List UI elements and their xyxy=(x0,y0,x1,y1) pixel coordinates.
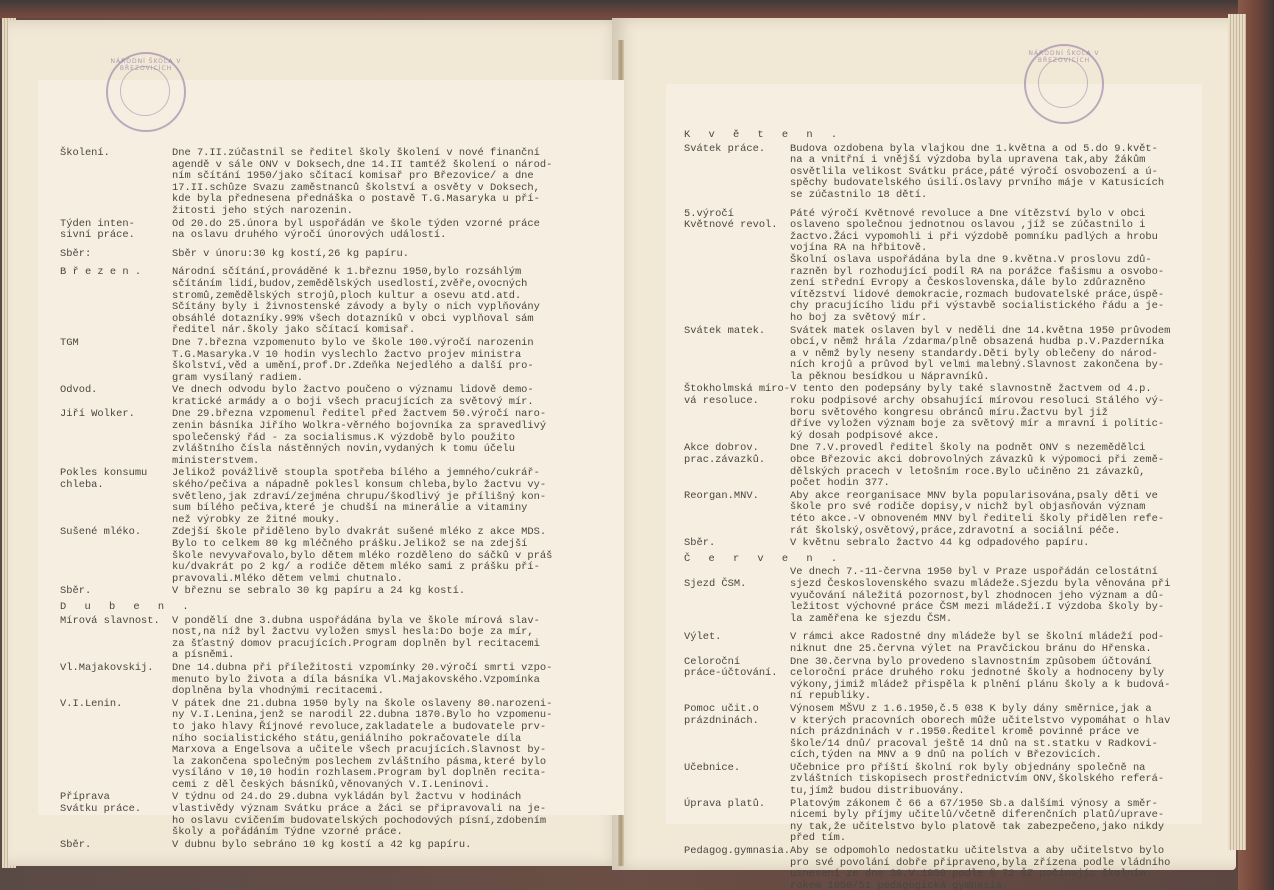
entry-tgm: TGMDne 7.března vzpomenuto bylo ve škole… xyxy=(60,338,620,384)
entry-mirova-slavnost: Mírová slavnost.V pondělí dne 3.dubna us… xyxy=(60,616,620,662)
entry-label: Sjezd ČSM. xyxy=(684,567,790,625)
entry-svatek-prace: Svátek práce.Budova ozdobena byla vlajko… xyxy=(684,144,1214,202)
entry-label: Vl.Majakovskij. xyxy=(60,663,172,698)
entry-vyroci-kvetnove-revoluce: 5.výročí Květnové revol.Páté výročí Květ… xyxy=(684,209,1214,325)
entry-pedagog-gymnasia: Pedagog.gymnasia.Aby se odpomohlo nedost… xyxy=(684,846,1214,890)
entry-text: Dne 14.dubna při příležitosti vzpomínky … xyxy=(172,663,620,698)
entry-text: Dne 7.V.provedl ředitel školy na podnět … xyxy=(790,443,1214,489)
right-page-entries: K v ě t e n . Svátek práce.Budova ozdobe… xyxy=(684,126,1214,890)
entry-text: Zdejší škole přiděleno bylo dvakrát suše… xyxy=(172,527,620,585)
entry-text: Aby akce reorganisace MNV byla popularis… xyxy=(790,491,1214,537)
month-heading: B ř e z e n . xyxy=(60,267,172,337)
entry-label: Týden inten- sivní práce. xyxy=(60,219,172,242)
month-heading-kveten: K v ě t e n . xyxy=(684,130,1214,142)
entry-uprava-platu: Úprava platů.Platovým zákonem č 66 a 67/… xyxy=(684,799,1214,845)
entry-tyden-intensivni-prace: Týden inten- sivní práce.Od 20.do 25.úno… xyxy=(60,219,620,242)
entry-text: V rámci akce Radostné dny mládeže byl se… xyxy=(790,632,1214,655)
entry-text: Platovým zákonem č 66 a 67/1950 Sb.a dal… xyxy=(790,799,1214,845)
entry-jiri-wolker: Jiří Wolker.Dne 29.března vzpomenul ředi… xyxy=(60,409,620,467)
entry-text: Učebnice pro příští školní rok byly obje… xyxy=(790,763,1214,798)
entry-lenin: V.I.Lenin.V pátek dne 21.dubna 1950 byly… xyxy=(60,699,620,792)
entry-label: Odvod. xyxy=(60,385,172,408)
month-heading-cerven: Č e r v e n . xyxy=(684,554,1214,566)
entry-label: Učebnice. xyxy=(684,763,790,798)
entry-label: Štokholmská míro- vá resoluce. xyxy=(684,384,790,442)
entry-text: V týdnu od 24.do 29.dubna vykládán byl ž… xyxy=(172,792,620,838)
entry-label: Sběr. xyxy=(60,840,172,852)
left-page-entries: Školení.Dne 7.II.zúčastnil se ředitel šk… xyxy=(60,148,620,852)
entry-sjezd-csm: Sjezd ČSM.Ve dnech 7.-11-června 1950 byl… xyxy=(684,567,1214,625)
entry-sber-duben: Sběr.V dubnu bylo sebráno 10 kg kostí a … xyxy=(60,840,620,852)
book-cover-top xyxy=(0,0,1274,18)
entry-text: V květnu sebralo žactvo 44 kg odpadového… xyxy=(790,538,1214,550)
entry-sber-unor: Sběr:Sběr v únoru:30 kg kostí,26 kg papí… xyxy=(60,249,620,261)
entry-text: Dne 7.března vzpomenuto bylo ve škole 10… xyxy=(172,338,620,384)
entry-majakovskij: Vl.Majakovskij.Dne 14.dubna při příležit… xyxy=(60,663,620,698)
entry-odvod: Odvod.Ve dnech odvodu bylo žactvo poučen… xyxy=(60,385,620,408)
entry-text: V březnu se sebralo 30 kg papíru a 24 kg… xyxy=(172,586,620,598)
entry-priprava-svatku-prace: Příprava Svátku práce.V týdnu od 24.do 2… xyxy=(60,792,620,838)
entry-ucebnice: Učebnice.Učebnice pro příští školní rok … xyxy=(684,763,1214,798)
entry-svatek-matek: Svátek matek.Svátek matek oslaven byl v … xyxy=(684,326,1214,384)
entry-text: Výnosem MŠVU z 1.6.1950,č.5 038 K byly d… xyxy=(790,704,1214,762)
entry-label: Svátek matek. xyxy=(684,326,790,384)
entry-label: Příprava Svátku práce. xyxy=(60,792,172,838)
entry-stokholmska-resoluce: Štokholmská míro- vá resoluce.V tento de… xyxy=(684,384,1214,442)
entry-text: Sběr v únoru:30 kg kostí,26 kg papíru. xyxy=(172,249,620,261)
entry-text: Ve dnech odvodu bylo žactvo poučeno o vý… xyxy=(172,385,620,408)
entry-label: V.I.Lenin. xyxy=(60,699,172,792)
entry-label: Reorgan.MNV. xyxy=(684,491,790,537)
entry-text: Budova ozdobena byla vlajkou dne 1.květn… xyxy=(790,144,1214,202)
entry-label: Sběr. xyxy=(684,538,790,550)
entry-label: Akce dobrov. prac.závazků. xyxy=(684,443,790,489)
entry-label: Školení. xyxy=(60,148,172,218)
entry-label: Sušené mléko. xyxy=(60,527,172,585)
entry-label: 5.výročí Květnové revol. xyxy=(684,209,790,325)
entry-label: Jiří Wolker. xyxy=(60,409,172,467)
entry-text: Páté výročí Květnové revoluce a Dne vítě… xyxy=(790,209,1214,325)
entry-vylet: Výlet.V rámci akce Radostné dny mládeže … xyxy=(684,632,1214,655)
entry-text: Dne 30.června bylo provedeno slavnostním… xyxy=(790,657,1214,703)
entry-label: Sběr: xyxy=(60,249,172,261)
entry-label: Výlet. xyxy=(684,632,790,655)
entry-text: Jelikož povážlivě stoupla spotřeba bíléh… xyxy=(172,468,620,526)
entry-text: Svátek matek oslaven byl v neděli dne 14… xyxy=(790,326,1214,384)
entry-sber-brezen: Sběr.V březnu se sebralo 30 kg papíru a … xyxy=(60,586,620,598)
entry-label: Svátek práce. xyxy=(684,144,790,202)
entry-susene-mleko: Sušené mléko.Zdejší škole přiděleno bylo… xyxy=(60,527,620,585)
entry-sber-kveten: Sběr.V květnu sebralo žactvo 44 kg odpad… xyxy=(684,538,1214,550)
entry-text: V pondělí dne 3.dubna uspořádána byla ve… xyxy=(172,616,620,662)
entry-label: Sběr. xyxy=(60,586,172,598)
entry-label: Pomoc učit.o prázdninách. xyxy=(684,704,790,762)
entry-skoleni: Školení.Dne 7.II.zúčastnil se ředitel šk… xyxy=(60,148,620,218)
entry-pokles-konsumu: Pokles konsumu chleba.Jelikož povážlivě … xyxy=(60,468,620,526)
entry-text: Dne 29.března vzpomenul ředitel před žac… xyxy=(172,409,620,467)
entry-label: Pedagog.gymnasia. xyxy=(684,846,790,890)
entry-brezen: B ř e z e n .Národní sčítání,prováděné k… xyxy=(60,267,620,337)
page-edges-right xyxy=(1228,14,1246,850)
entry-text: Aby se odpomohlo nedostatku učitelstva a… xyxy=(790,846,1214,890)
entry-text: Ve dnech 7.-11-června 1950 byl v Praze u… xyxy=(790,567,1214,625)
entry-label: Celoroční práce-účtování. xyxy=(684,657,790,703)
entry-text: V tento den podepsány byly také slavnost… xyxy=(790,384,1214,442)
entry-text: Národní sčítání,prováděné k 1.březnu 195… xyxy=(172,267,620,337)
entry-akce-dobrov-zavazku: Akce dobrov. prac.závazků.Dne 7.V.proved… xyxy=(684,443,1214,489)
entry-reorgan-mnv: Reorgan.MNV.Aby akce reorganisace MNV by… xyxy=(684,491,1214,537)
entry-label: Mírová slavnost. xyxy=(60,616,172,662)
school-stamp-icon: NÁRODNÍ ŠKOLA V BŘEZOVICÍCH xyxy=(106,52,186,132)
school-stamp-icon: NÁRODNÍ ŠKOLA V BŘEZOVICÍCH xyxy=(1024,44,1104,124)
entry-text: Dne 7.II.zúčastnil se ředitel školy škol… xyxy=(172,148,620,218)
entry-pomoc-ucitelu: Pomoc učit.o prázdninách.Výnosem MŠVU z … xyxy=(684,704,1214,762)
entry-text: Od 20.do 25.února byl uspořádán ve škole… xyxy=(172,219,620,242)
month-heading-duben: D u b e n . xyxy=(60,602,620,614)
entry-label: Pokles konsumu chleba. xyxy=(60,468,172,526)
entry-celorocni-prace: Celoroční práce-účtování.Dne 30.června b… xyxy=(684,657,1214,703)
entry-text: V dubnu bylo sebráno 10 kg kostí a 42 kg… xyxy=(172,840,620,852)
entry-label: Úprava platů. xyxy=(684,799,790,845)
entry-text: V pátek dne 21.dubna 1950 byly na škole … xyxy=(172,699,620,792)
entry-label: TGM xyxy=(60,338,172,384)
